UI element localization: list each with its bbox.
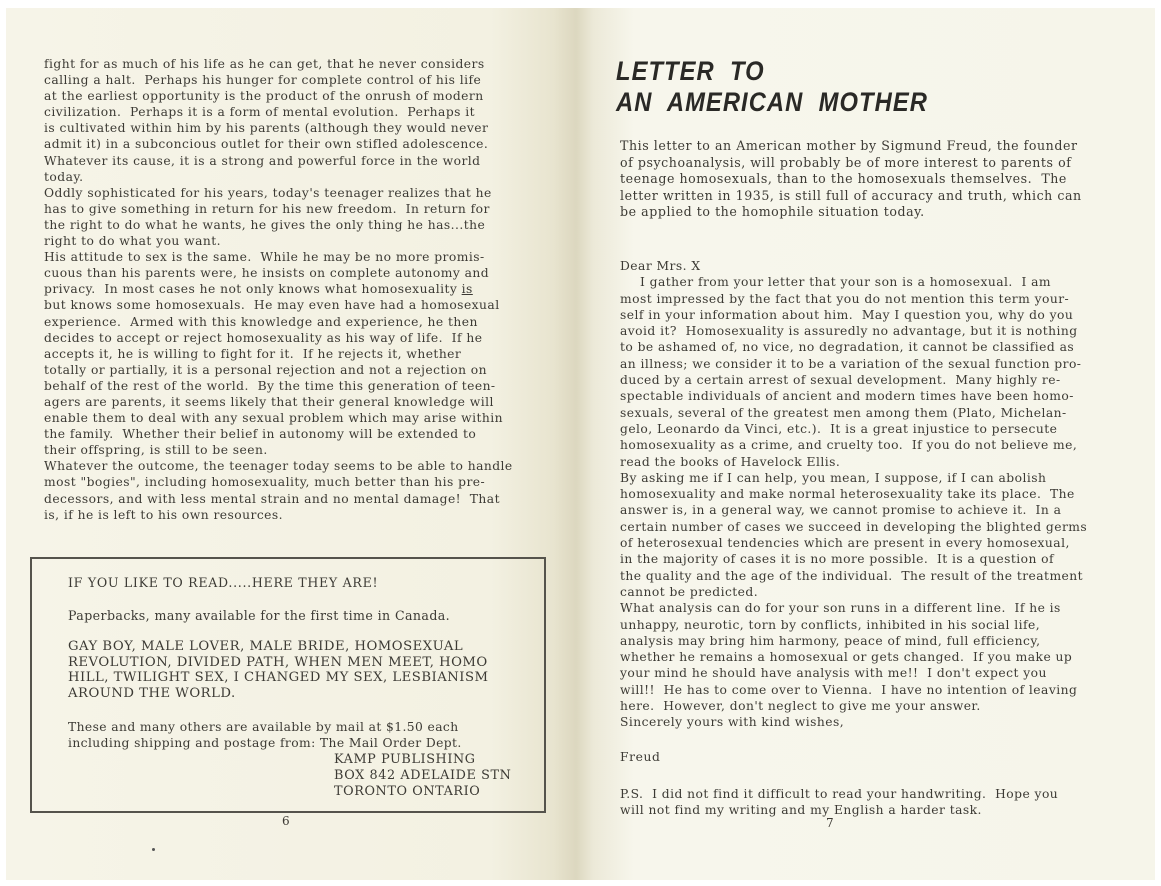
text-line: agers are parents, it seems likely that … (44, 394, 513, 410)
text-line: calling a halt. Perhaps his hunger for c… (44, 72, 513, 88)
letter-line: to be ashamed of, no vice, no degradatio… (620, 339, 1087, 355)
article-title: LETTER TOAN AMERICAN MOTHER (616, 56, 928, 118)
text-line: behalf of the rest of the world. By the … (44, 378, 513, 394)
letter-line: homosexuality and make normal heterosexu… (620, 486, 1087, 502)
letter-line: What analysis can do for your son runs i… (620, 600, 1087, 616)
text-line: cuous than his parents were, he insists … (44, 265, 513, 281)
ad-book-titles: GAY BOY, MALE LOVER, MALE BRIDE, HOMOSEX… (68, 639, 489, 702)
address-line: TORONTO ONTARIO (334, 784, 511, 800)
letter-line: in the majority of cases it is no more p… (620, 551, 1087, 567)
intro-line: be applied to the homophile situation to… (620, 204, 1082, 221)
order-line: including shipping and postage from: The… (68, 735, 462, 751)
text-line: fight for as much of his life as he can … (44, 56, 513, 72)
letter-line: certain number of cases we succeed in de… (620, 519, 1087, 535)
letter-line: By asking me if I can help, you mean, I … (620, 470, 1087, 486)
text-line: experience. Armed with this knowledge an… (44, 314, 513, 330)
title-line: AN AMERICAN MOTHER (616, 87, 928, 118)
text-line: most "bogies", including homosexuality, … (44, 474, 513, 490)
letter-line: spectable individuals of ancient and mod… (620, 388, 1087, 404)
letter-line: I gather from your letter that your son … (620, 274, 1087, 290)
book-title-line: REVOLUTION, DIVIDED PATH, WHEN MEN MEET,… (68, 655, 489, 671)
intro-line: letter written in 1935, is still full of… (620, 188, 1082, 205)
letter-line: cannot be predicted. (620, 584, 1087, 600)
letter-line: whether he remains a homosexual or gets … (620, 649, 1087, 665)
intro-line: of psychoanalysis, will probably be of m… (620, 155, 1082, 172)
article-continuation: fight for as much of his life as he can … (44, 56, 513, 523)
right-page: LETTER TOAN AMERICAN MOTHER This letter … (576, 8, 1155, 880)
book-advertisement-box: IF YOU LIKE TO READ.....HERE THEY ARE! P… (30, 557, 546, 813)
book-title-line: AROUND THE WORLD. (68, 686, 489, 702)
text-line: is, if he is left to his own resources. (44, 507, 513, 523)
text-line: admit it) in a subconcious outlet for th… (44, 136, 513, 152)
text-line: the right to do what he wants, he gives … (44, 217, 513, 233)
text-line: His attitude to sex is the same. While h… (44, 249, 513, 265)
letter-line: of heterosexual tendencies which are pre… (620, 535, 1087, 551)
text-line: Whatever its cause, it is a strong and p… (44, 153, 513, 169)
letter-line: gelo, Leonardo da Vinci, etc.). It is a … (620, 421, 1087, 437)
text-line: at the earliest opportunity is the produ… (44, 88, 513, 104)
letter-line: the quality and the age of the individua… (620, 568, 1087, 584)
booklet-spread: fight for as much of his life as he can … (6, 8, 1155, 880)
text-line: enable them to deal with any sexual prob… (44, 410, 513, 426)
text-line: right to do what you want. (44, 233, 513, 249)
text-line: accepts it, he is willing to fight for i… (44, 346, 513, 362)
emphasized-word: is (462, 282, 473, 296)
freud-letter: Dear Mrs. XI gather from your letter tha… (620, 258, 1087, 731)
letter-line: avoid it? Homosexuality is assuredly no … (620, 323, 1087, 339)
page-number: 7 (826, 816, 834, 830)
postscript-line: P.S. I did not find it difficult to read… (620, 786, 1058, 802)
ad-order-info: These and many others are available by m… (68, 719, 462, 751)
letter-line: your mind he should have analysis with m… (620, 665, 1087, 681)
letter-line: here. However, don't neglect to give me … (620, 698, 1087, 714)
letter-line: unhappy, neurotic, torn by conflicts, in… (620, 617, 1087, 633)
text-line: privacy. In most cases he not only knows… (44, 281, 513, 297)
text-line: their offspring, is still to be seen. (44, 442, 513, 458)
book-title-line: HILL, TWILIGHT SEX, I CHANGED MY SEX, LE… (68, 670, 489, 686)
ad-heading: IF YOU LIKE TO READ.....HERE THEY ARE! (68, 575, 378, 591)
text-line: Whatever the outcome, the teenager today… (44, 458, 513, 474)
letter-line: sexuals, several of the greatest men amo… (620, 405, 1087, 421)
ad-intro: Paperbacks, many available for the first… (68, 608, 450, 624)
text-line: totally or partially, it is a personal r… (44, 362, 513, 378)
letter-line: read the books of Havelock Ellis. (620, 454, 1087, 470)
text-line: today. (44, 169, 513, 185)
order-line: These and many others are available by m… (68, 719, 462, 735)
letter-postscript: P.S. I did not find it difficult to read… (620, 786, 1058, 818)
postscript-line: will not find my writing and my English … (620, 802, 1058, 818)
letter-line: homosexuality as a crime, and cruelty to… (620, 437, 1087, 453)
address-line: KAMP PUBLISHING (334, 752, 511, 768)
text-line: Oddly sophisticated for his years, today… (44, 185, 513, 201)
letter-line: self in your information about him. May … (620, 307, 1087, 323)
text-line: the family. Whether their belief in auto… (44, 426, 513, 442)
intro-line: teenage homosexuals, than to the homosex… (620, 171, 1082, 188)
text-line: decessors, and with less mental strain a… (44, 491, 513, 507)
text-line: is cultivated within him by his parents … (44, 120, 513, 136)
text-line: but knows some homosexuals. He may even … (44, 297, 513, 313)
letter-salutation: Dear Mrs. X (620, 258, 1087, 274)
letter-line: analysis may bring him harmony, peace of… (620, 633, 1087, 649)
letter-line: duced by a certain arrest of sexual deve… (620, 372, 1087, 388)
text-line: civilization. Perhaps it is a form of me… (44, 104, 513, 120)
text-line: decides to accept or reject homosexualit… (44, 330, 513, 346)
letter-line: answer is, in a general way, we cannot p… (620, 502, 1087, 518)
book-title-line: GAY BOY, MALE LOVER, MALE BRIDE, HOMOSEX… (68, 639, 489, 655)
letter-line: will!! He has to come over to Vienna. I … (620, 682, 1087, 698)
article-intro: This letter to an American mother by Sig… (620, 138, 1082, 221)
ad-mailing-address: KAMP PUBLISHINGBOX 842 ADELAIDE STNTORON… (334, 752, 511, 800)
left-page: fight for as much of his life as he can … (6, 8, 576, 880)
page-number: 6 (282, 814, 290, 828)
title-line: LETTER TO (616, 56, 928, 87)
letter-signature: Freud (620, 749, 660, 765)
address-line: BOX 842 ADELAIDE STN (334, 768, 511, 784)
letter-closing: Sincerely yours with kind wishes, (620, 714, 1087, 730)
letter-line: most impressed by the fact that you do n… (620, 291, 1087, 307)
intro-line: This letter to an American mother by Sig… (620, 138, 1082, 155)
text-line: has to give something in return for his … (44, 201, 513, 217)
letter-line: an illness; we consider it to be a varia… (620, 356, 1087, 372)
print-speck (152, 848, 155, 851)
